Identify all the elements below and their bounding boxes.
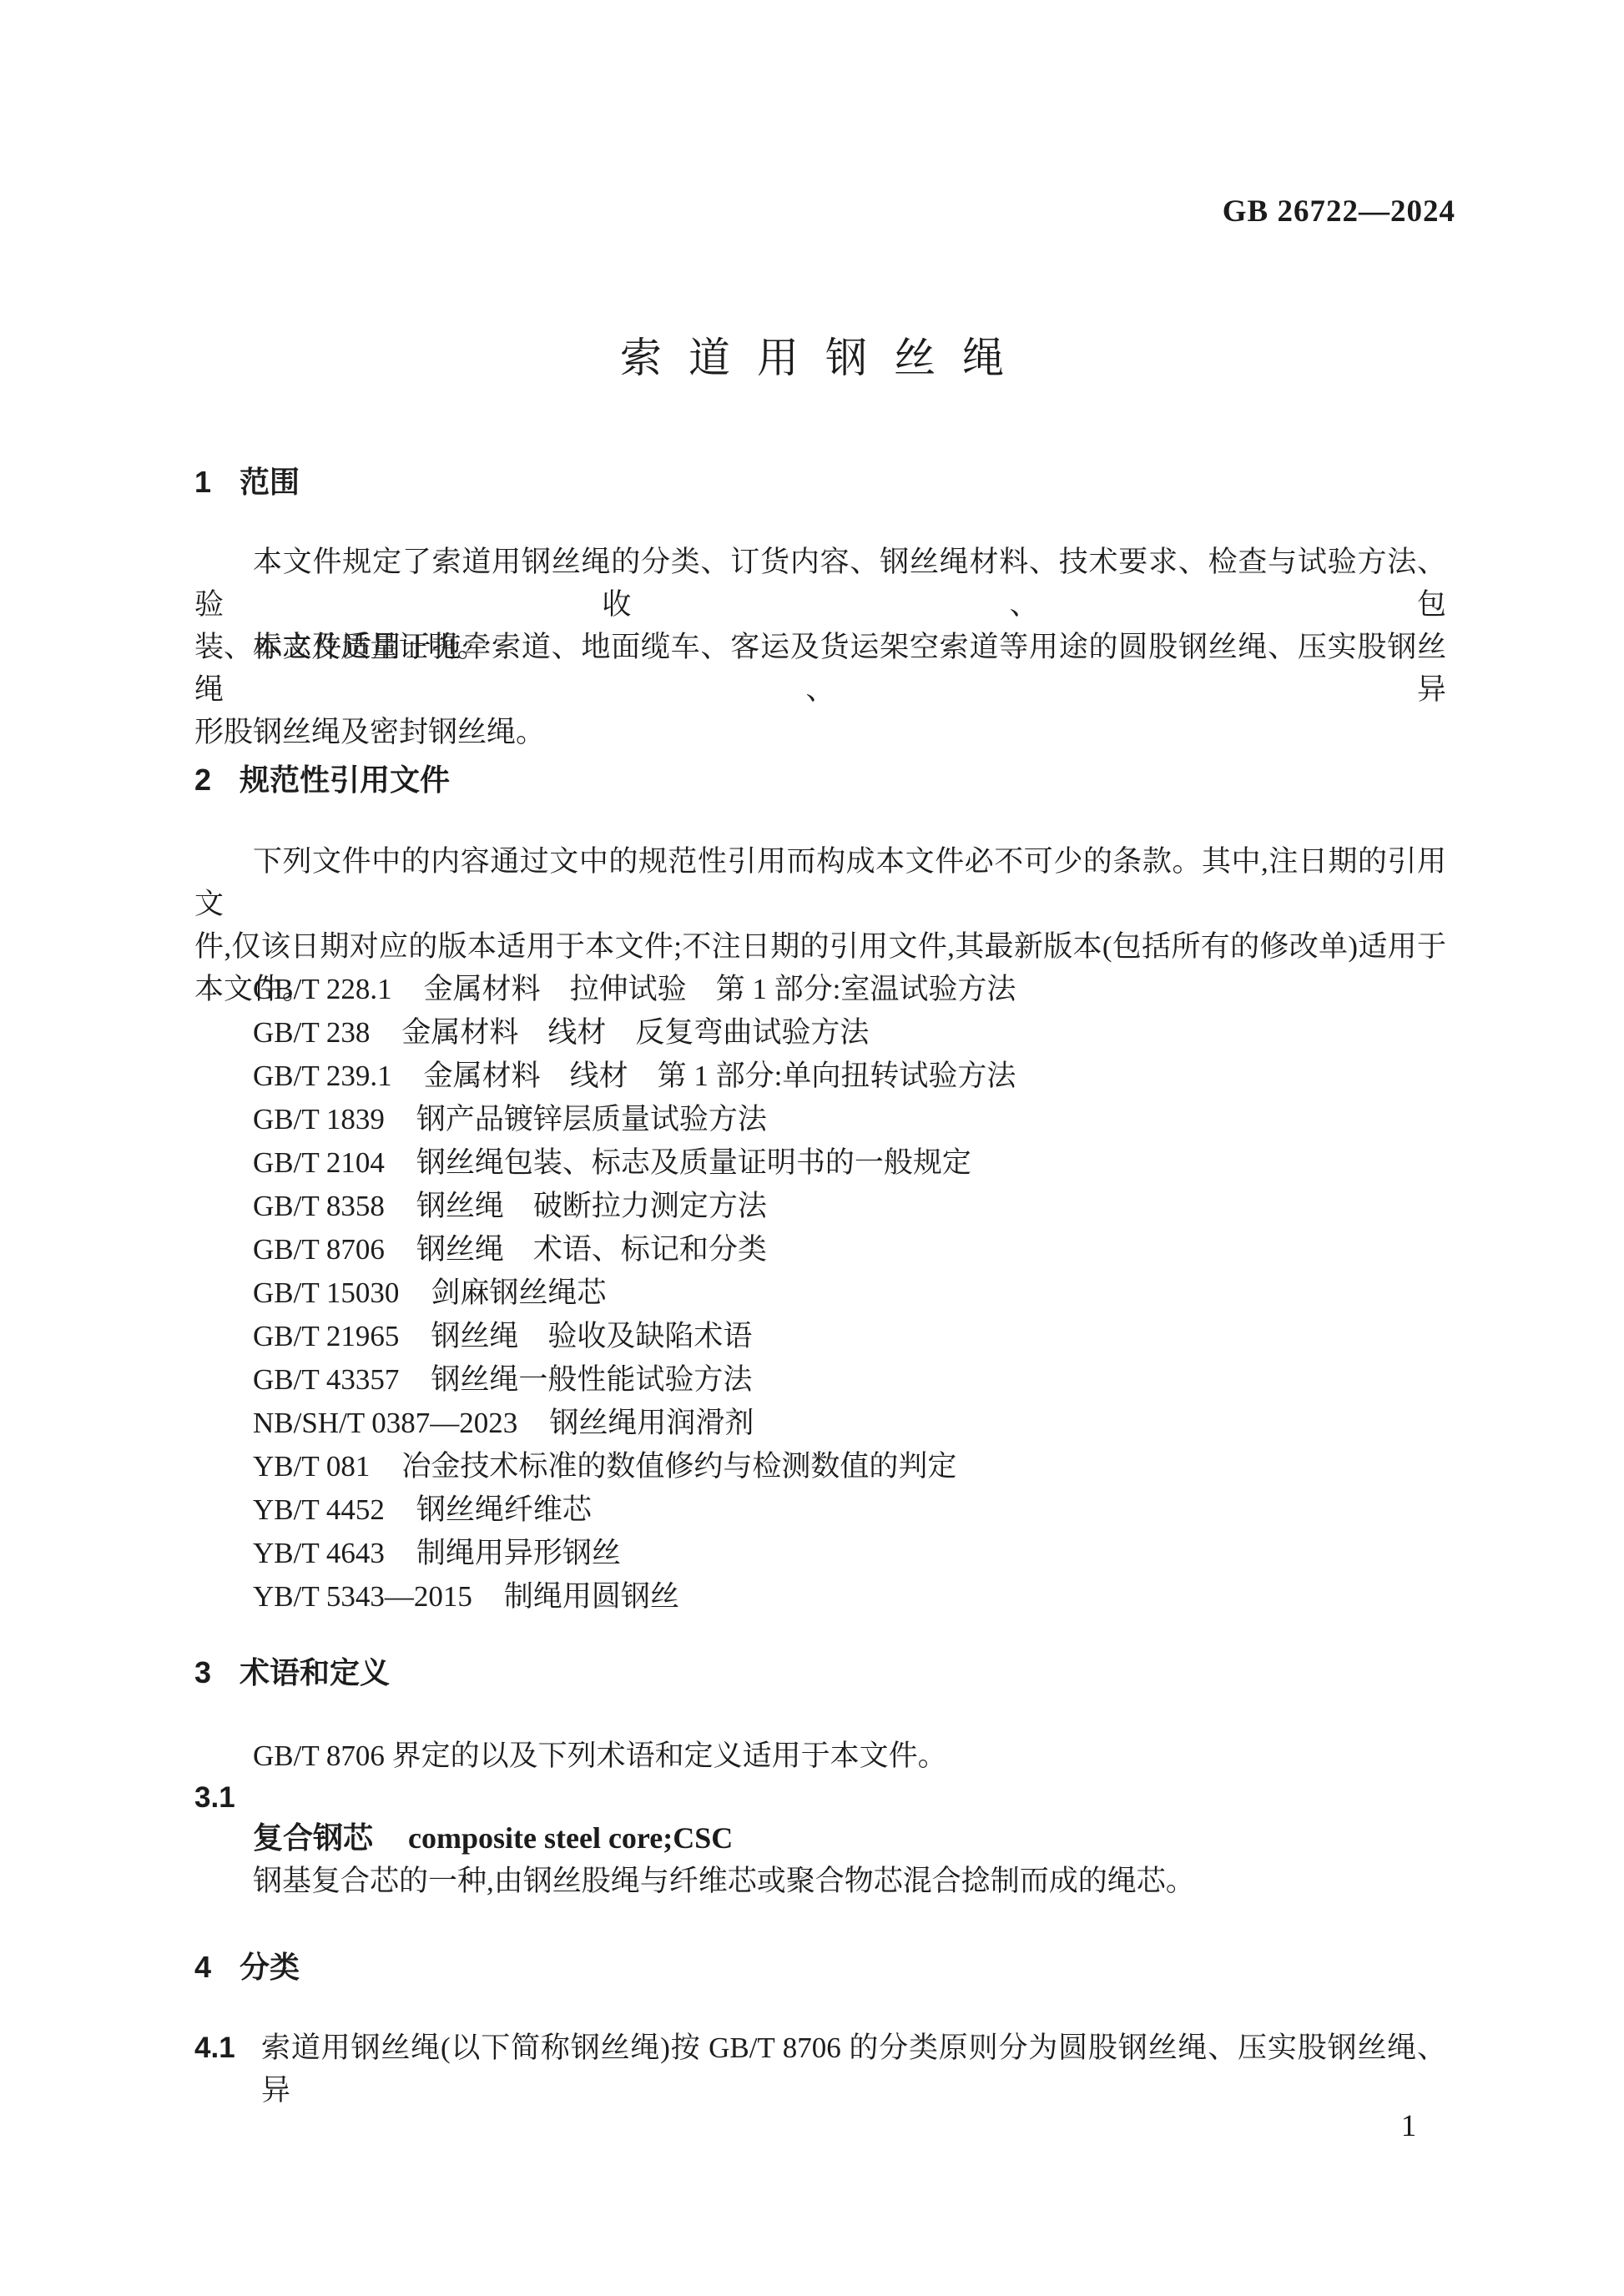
reference-item: GB/T 21965钢丝绳 验收及缺陷术语 <box>253 1315 1016 1358</box>
reference-title: 剑麻钢丝绳芯 <box>431 1276 606 1309</box>
reference-item: GB/T 228.1金属材料 拉伸试验 第 1 部分:室温试验方法 <box>253 968 1016 1011</box>
section-scope-heading: 1范围 <box>194 464 300 501</box>
reference-title: 钢丝绳 验收及缺陷术语 <box>431 1320 752 1352</box>
reference-item: GB/T 238金属材料 线材 反复弯曲试验方法 <box>253 1011 1016 1055</box>
reference-title: 钢产品镀锌层质量试验方法 <box>416 1103 767 1135</box>
reference-title: 钢丝绳用润滑剂 <box>549 1407 754 1439</box>
term-chinese: 复合钢芯 <box>253 1820 373 1855</box>
reference-code: GB/T 21965 <box>253 1320 399 1352</box>
section-number: 2 <box>194 762 240 798</box>
standard-code: GB 26722—2024 <box>0 194 1455 230</box>
reference-code: GB/T 2104 <box>253 1146 385 1179</box>
reference-code: GB/T 8706 <box>253 1233 385 1266</box>
reference-item: GB/T 8706钢丝绳 术语、标记和分类 <box>253 1228 1016 1271</box>
reference-item: GB/T 239.1金属材料 线材 第 1 部分:单向扭转试验方法 <box>253 1055 1016 1098</box>
reference-code: GB/T 1839 <box>253 1103 385 1135</box>
terms-intro-paragraph: GB/T 8706 界定的以及下列术语和定义适用于本文件。 <box>253 1735 1446 1777</box>
reference-title: 钢丝绳纤维芯 <box>416 1493 592 1526</box>
standard-document-page: GB 26722—2024 索道用钢丝绳 1范围 本文件规定了索道用钢丝绳的分类… <box>0 0 1624 2296</box>
reference-code: GB/T 228.1 <box>253 973 392 1005</box>
reference-title: 制绳用圆钢丝 <box>504 1580 679 1613</box>
reference-title: 金属材料 线材 第 1 部分:单向扭转试验方法 <box>424 1060 1016 1092</box>
reference-item: YB/T 4643制绳用异形钢丝 <box>253 1532 1016 1575</box>
reference-title: 金属材料 线材 反复弯曲试验方法 <box>401 1016 869 1049</box>
section-number: 3 <box>194 1654 240 1691</box>
section-terms-heading: 3术语和定义 <box>194 1654 390 1691</box>
term-definition-paragraph: 钢基复合芯的一种,由钢丝股绳与纤维芯或聚合物芯混合捻制而成的绳芯。 <box>253 1860 1446 1902</box>
reference-item: YB/T 081冶金技术标准的数值修约与检测数值的判定 <box>253 1445 1016 1488</box>
reference-title: 钢丝绳一般性能试验方法 <box>431 1363 752 1396</box>
clause-number: 4.1 <box>194 2027 261 2112</box>
reference-item: GB/T 43357钢丝绳一般性能试验方法 <box>253 1358 1016 1402</box>
text-line: 下列文件中的内容通过文中的规范性引用而构成本文件必不可少的条款。其中,注日期的引… <box>194 840 1446 925</box>
section-number: 4 <box>194 1949 240 1986</box>
reference-title: 金属材料 拉伸试验 第 1 部分:室温试验方法 <box>424 973 1016 1005</box>
term-english: composite steel core;CSC <box>408 1821 733 1855</box>
reference-code: GB/T 43357 <box>253 1363 399 1396</box>
reference-title: 钢丝绳包装、标志及质量证明书的一般规定 <box>416 1146 971 1179</box>
reference-code: YB/T 4452 <box>253 1493 385 1526</box>
reference-code: GB/T 238 <box>253 1016 370 1049</box>
document-title: 索道用钢丝绳 <box>0 332 1624 384</box>
reference-title: 制绳用异形钢丝 <box>416 1537 621 1569</box>
reference-code: GB/T 239.1 <box>253 1060 392 1092</box>
reference-item: GB/T 8358钢丝绳 破断拉力测定方法 <box>253 1185 1016 1228</box>
reference-item: GB/T 2104钢丝绳包装、标志及质量证明书的一般规定 <box>253 1141 1016 1185</box>
reference-code: YB/T 5343—2015 <box>253 1580 472 1613</box>
reference-item: NB/SH/T 0387—2023钢丝绳用润滑剂 <box>253 1402 1016 1445</box>
reference-code: YB/T 081 <box>253 1450 370 1483</box>
reference-item: YB/T 4452钢丝绳纤维芯 <box>253 1488 1016 1532</box>
clause-text: 索道用钢丝绳(以下简称钢丝绳)按 GB/T 8706 的分类原则分为圆股钢丝绳、… <box>261 2027 1446 2112</box>
reference-item: YB/T 5343—2015制绳用圆钢丝 <box>253 1575 1016 1619</box>
section-number: 1 <box>194 464 240 501</box>
section-heading-text: 范围 <box>240 465 300 499</box>
section-heading-text: 术语和定义 <box>240 1655 390 1689</box>
section-heading-text: 分类 <box>240 1950 300 1984</box>
reference-code: GB/T 8358 <box>253 1190 385 1222</box>
text-line: GB/T 8706 界定的以及下列术语和定义适用于本文件。 <box>253 1735 1446 1777</box>
section-heading-text: 规范性引用文件 <box>240 763 450 797</box>
section-references-heading: 2规范性引用文件 <box>194 762 450 798</box>
reference-title: 冶金技术标准的数值修约与检测数值的判定 <box>401 1450 956 1483</box>
page-number: 1 <box>1379 2108 1439 2145</box>
text-line: 件,仅该日期对应的版本适用于本文件;不注日期的引用文件,其最新版本(包括所有的修… <box>194 925 1446 968</box>
reference-code: NB/SH/T 0387—2023 <box>253 1407 517 1439</box>
term-clause-number: 3.1 <box>194 1780 235 1816</box>
reference-code: YB/T 4643 <box>253 1537 385 1569</box>
reference-code: GB/T 15030 <box>253 1276 399 1309</box>
text-line: 形股钢丝绳及密封钢丝绳。 <box>194 711 1446 753</box>
classification-clause-4-1: 4.1 索道用钢丝绳(以下简称钢丝绳)按 GB/T 8706 的分类原则分为圆股… <box>194 2027 1446 2112</box>
scope-paragraph-2: 本文件适用于拖牵索道、地面缆车、客运及货运架空索道等用途的圆股钢丝绳、压实股钢丝… <box>194 626 1446 753</box>
text-line: 本文件适用于拖牵索道、地面缆车、客运及货运架空索道等用途的圆股钢丝绳、压实股钢丝… <box>194 626 1446 711</box>
text-line: 钢基复合芯的一种,由钢丝股绳与纤维芯或聚合物芯混合捻制而成的绳芯。 <box>253 1860 1446 1902</box>
reference-title: 钢丝绳 破断拉力测定方法 <box>416 1190 767 1222</box>
text-line: 本文件规定了索道用钢丝绳的分类、订货内容、钢丝绳材料、技术要求、检查与试验方法、… <box>194 541 1446 626</box>
term-entry: 复合钢芯composite steel core;CSC <box>253 1819 733 1857</box>
reference-item: GB/T 1839钢产品镀锌层质量试验方法 <box>253 1098 1016 1141</box>
reference-item: GB/T 15030剑麻钢丝绳芯 <box>253 1271 1016 1315</box>
reference-title: 钢丝绳 术语、标记和分类 <box>416 1233 767 1266</box>
section-classification-heading: 4分类 <box>194 1949 300 1986</box>
references-list: GB/T 228.1金属材料 拉伸试验 第 1 部分:室温试验方法 GB/T 2… <box>253 968 1016 1619</box>
